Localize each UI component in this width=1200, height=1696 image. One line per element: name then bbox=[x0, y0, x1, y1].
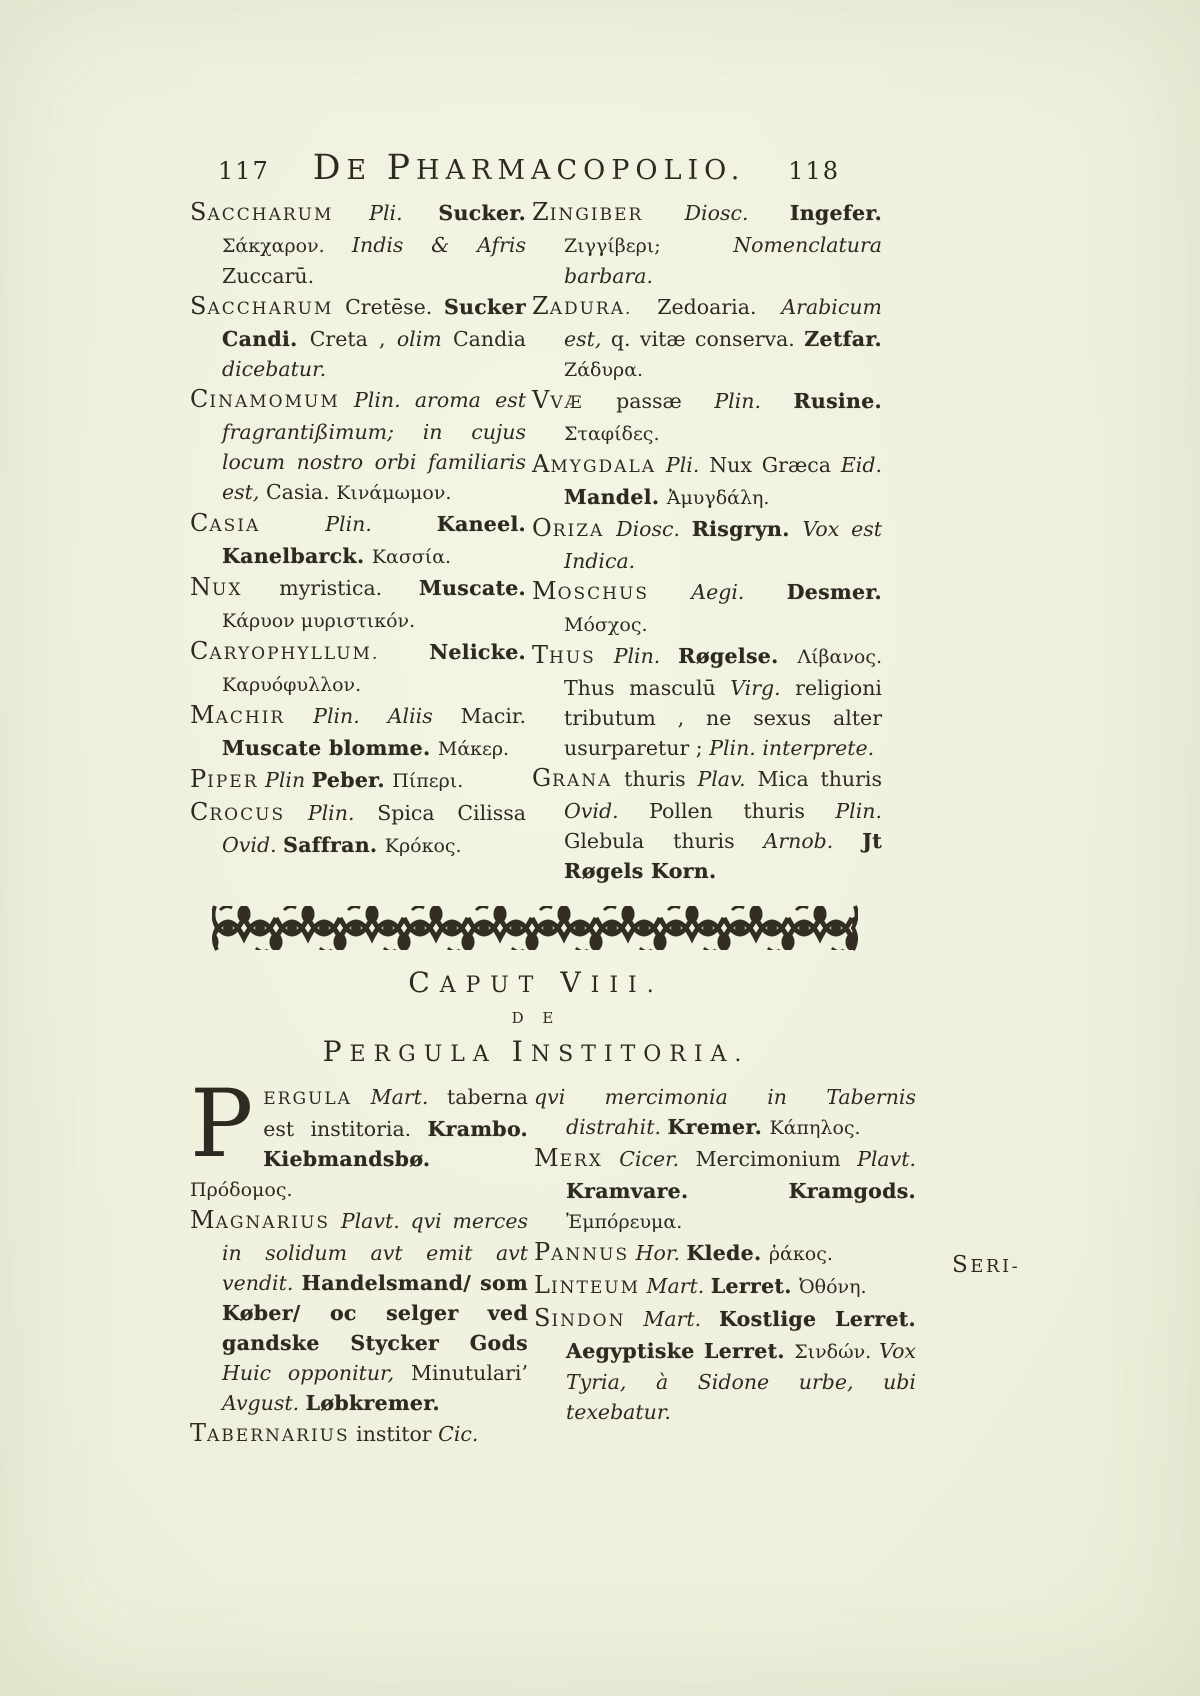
text-run-bl: Lerret. bbox=[711, 1274, 799, 1298]
text-run-hw: Casia bbox=[190, 516, 260, 536]
text-run-gr: Κάρυον μυριστικόν. bbox=[222, 610, 415, 632]
headword-initial: M bbox=[532, 577, 558, 605]
text-run-rm: Nux Græca bbox=[709, 453, 841, 477]
text-run-rm: Candia bbox=[453, 327, 526, 351]
text-run-rm: Zedoaria. bbox=[632, 295, 781, 319]
column-right: qvi mercimonia in Tabernis distrahit. Kr… bbox=[534, 1082, 916, 1451]
headword-initial: O bbox=[532, 514, 553, 542]
text-run-bl: Risgryn. bbox=[692, 517, 803, 541]
column-left: Saccharum Pli. Sucker. Σάκχαρον. Indis &… bbox=[190, 197, 526, 886]
text-run-it: Plin. interprete. bbox=[709, 736, 874, 760]
running-title: De Pharmacopolio. bbox=[313, 148, 746, 188]
text-run-hw: Merx bbox=[534, 1151, 603, 1171]
text-run-it: Plin. Aliis bbox=[285, 704, 460, 728]
text-run-hw: Machir bbox=[190, 708, 285, 728]
text-run-bl: Saffran. bbox=[283, 833, 385, 857]
page-number-left: 117 bbox=[218, 157, 270, 185]
text-run-it: Cic. bbox=[438, 1422, 478, 1446]
text-run-bl: Sucker. bbox=[438, 201, 526, 225]
headword-initial: T bbox=[190, 1419, 207, 1447]
text-run-gr: Ζάδυρα. bbox=[564, 359, 643, 381]
text-run-gr: Ἐμπόρευμα. bbox=[566, 1211, 682, 1233]
dictionary-entry: Moschus Aegi. Desmer. Μόσχος. bbox=[532, 576, 882, 640]
text-run-bl: Kremer. bbox=[668, 1115, 770, 1139]
dictionary-entry: Magnarius Plavt. qvi merces in solidum a… bbox=[190, 1205, 528, 1418]
text-run-hw: Linteum bbox=[534, 1278, 640, 1298]
text-run-gr: Σινδών. bbox=[794, 1341, 879, 1363]
text-run-bl: Ingefer. bbox=[790, 201, 882, 225]
headword-initial: Z bbox=[532, 198, 550, 226]
dictionary-entry: Cinamomum Plin. aroma est fragrantißimum… bbox=[190, 384, 526, 508]
text-run-rm: Thus masculū bbox=[564, 676, 730, 700]
large-initial: I bbox=[512, 1035, 531, 1068]
dictionary-entry: Saccharum Pli. Sucker. Σάκχαρον. Indis &… bbox=[190, 197, 526, 291]
text-run-gr: Σταφίδες. bbox=[564, 423, 660, 445]
headword-initial: S bbox=[534, 1304, 551, 1332]
text-block: 117 De Pharmacopolio. 118 Saccharum Pli.… bbox=[190, 148, 882, 1451]
text-run-bl: Nelicke. bbox=[379, 640, 526, 664]
headword-initial: L bbox=[534, 1271, 551, 1299]
text-run-hw: Zadura. bbox=[532, 299, 632, 319]
text-run-gr: Λίβανος. bbox=[797, 646, 882, 668]
text-run-it: Plin. bbox=[596, 644, 678, 668]
text-run-it: Plin. bbox=[260, 512, 437, 536]
dictionary-entry: Merx Cicer. Mercimonium Plavt. Kramvare.… bbox=[534, 1143, 916, 1237]
text-run-it: Mart. bbox=[640, 1274, 711, 1298]
text-run-rm: myristica. bbox=[242, 576, 419, 600]
text-run-hw: Tabernarius bbox=[190, 1426, 350, 1446]
dictionary-entry: Oriza Diosc. Risgryn. Vox est Indica. bbox=[532, 513, 882, 576]
text-run-it: Avgust. bbox=[222, 1391, 306, 1415]
dictionary-entry: Saccharum Cretēse. Sucker Candi. Creta ,… bbox=[190, 291, 526, 384]
headword-initial: C bbox=[190, 385, 209, 413]
dictionary-entry: Amygdala Pli. Nux Græca Eid. Mandel. Ἀμυ… bbox=[532, 449, 882, 513]
text-run-gr: Σάκχαρον. bbox=[222, 235, 352, 257]
text-run-rm: institor bbox=[350, 1422, 439, 1446]
text-run-rm: Cretēse. bbox=[333, 295, 444, 319]
headword-initial: P bbox=[190, 765, 207, 793]
dictionary-entry: Crocus Plin. Spica Cilissa Ovid. Saffran… bbox=[190, 797, 526, 861]
running-header: 117 De Pharmacopolio. 118 bbox=[190, 148, 882, 188]
dictionary-entry: Piper Plin Peber. Πίπερι. bbox=[190, 764, 526, 797]
large-initial: S bbox=[952, 1252, 970, 1278]
text-run-it: Plin. bbox=[835, 799, 882, 823]
text-run-bl: Desmer. bbox=[787, 580, 882, 604]
headword-initial: N bbox=[190, 573, 212, 601]
large-initial: P bbox=[387, 148, 416, 188]
dictionary-entry: Casia Plin. Kaneel. Kanelbarck. Κασσία. bbox=[190, 508, 526, 572]
text-run-gr: Ἀμυγδάλη. bbox=[667, 487, 770, 509]
text-run-it: Indis & Afris bbox=[352, 233, 526, 257]
headword-initial: G bbox=[532, 764, 552, 792]
text-run-hw: Saccharum bbox=[190, 205, 333, 225]
text-run-hw: Amygdala bbox=[532, 457, 656, 477]
headword-initial: C bbox=[190, 637, 209, 665]
text-run-hw: Grana bbox=[532, 771, 612, 791]
dictionary-entry: Nux myristica. Muscate. Κάρυον μυριστικό… bbox=[190, 572, 526, 636]
text-run-rm: q. vitæ conserva. bbox=[611, 327, 804, 351]
floral-woodcut-band-icon bbox=[212, 904, 858, 952]
text-run-gr: Κάπηλος. bbox=[770, 1117, 861, 1139]
dictionary-entry: Pergula Mart. taberna est institoria. Kr… bbox=[190, 1082, 528, 1205]
text-run-it: Plavt. bbox=[857, 1147, 916, 1171]
text-run-hw: Vvæ bbox=[532, 393, 584, 413]
text-run-it: Huic opponitur, bbox=[222, 1361, 411, 1385]
headword-initial: A bbox=[532, 450, 550, 478]
text-run-hw: Pannus bbox=[534, 1245, 629, 1265]
text-run-rm: Spica Cilissa bbox=[377, 801, 526, 825]
text-run-rm: Pollen thuris bbox=[649, 799, 835, 823]
dictionary-entry: Vvæ passæ Plin. Rusine. Σταφίδες. bbox=[532, 385, 882, 449]
text-run-rm: Macir. bbox=[461, 704, 526, 728]
headword-initial: M bbox=[190, 701, 216, 729]
text-run-bl: Røgelse. bbox=[678, 644, 797, 668]
text-run-it: Arnob. bbox=[764, 829, 863, 853]
large-initial: C bbox=[408, 966, 440, 999]
headword-initial: V bbox=[532, 386, 550, 414]
text-run-it: olim bbox=[397, 327, 453, 351]
text-run-gr: Κασσία. bbox=[372, 546, 451, 568]
page-number-right: 118 bbox=[788, 157, 840, 185]
text-run-it: Diosc. bbox=[604, 517, 692, 541]
text-run-bl: Kramvare. Kramgods. bbox=[566, 1179, 916, 1203]
headword-initial: Z bbox=[532, 292, 550, 320]
text-run-bl: Zetfar. bbox=[804, 327, 882, 351]
text-run-it: Pli. bbox=[656, 453, 709, 477]
text-run-it: Ovid. bbox=[564, 799, 649, 823]
column-left: Pergula Mart. taberna est institoria. Kr… bbox=[190, 1082, 528, 1451]
dictionary-entry: qvi mercimonia in Tabernis distrahit. Kr… bbox=[534, 1082, 916, 1143]
text-run-rm: Minutulari’ bbox=[411, 1361, 528, 1385]
text-run-it: Mart. bbox=[352, 1085, 447, 1109]
text-run-it: dicebatur. bbox=[222, 357, 326, 381]
text-run-gr: Ὀθόνη. bbox=[799, 1276, 866, 1298]
dictionary-entry: Thus Plin. Røgelse. Λίβανος. Thus mascul… bbox=[532, 640, 882, 763]
text-run-gr: Κινάμωμον. bbox=[336, 482, 451, 504]
text-run-bl: Muscate blomme. bbox=[222, 736, 438, 760]
text-run-rm: thuris bbox=[612, 767, 697, 791]
lexicon-columns-top: Saccharum Pli. Sucker. Σάκχαρον. Indis &… bbox=[190, 197, 882, 886]
text-run-hw: Nux bbox=[190, 580, 242, 600]
text-run-hw: Caryophyllum. bbox=[190, 644, 379, 664]
text-run-bl: Muscate. bbox=[419, 576, 526, 600]
text-run-it: Plin bbox=[259, 768, 312, 792]
catchword: Seri- bbox=[952, 1252, 1020, 1278]
text-run-it: Cicer. bbox=[603, 1147, 696, 1171]
text-run-gr: Μάκερ. bbox=[438, 738, 509, 760]
chapter-de-heading: D E bbox=[190, 1009, 882, 1027]
text-run-rm: Mica thuris bbox=[757, 767, 882, 791]
text-run-rm: Creta , bbox=[310, 327, 397, 351]
text-run-rm: Glebula thuris bbox=[564, 829, 764, 853]
text-run-it: Pli. bbox=[333, 201, 438, 225]
text-run-hw: Saccharum bbox=[190, 299, 333, 319]
text-run-it: Diosc. bbox=[643, 201, 790, 225]
headword-initial: P bbox=[534, 1238, 551, 1266]
chapter-number-heading: Caput VIII. bbox=[190, 966, 882, 999]
text-run-hw: Sindon bbox=[534, 1311, 626, 1331]
dictionary-entry: Machir Plin. Aliis Macir. Muscate blomme… bbox=[190, 700, 526, 764]
text-run-hw: Zingiber bbox=[532, 205, 643, 225]
text-run-hw: Oriza bbox=[532, 521, 604, 541]
text-run-hw: Piper bbox=[190, 772, 259, 792]
dictionary-entry: Linteum Mart. Lerret. Ὀθόνη. bbox=[534, 1270, 916, 1303]
large-initial: V bbox=[560, 966, 590, 999]
text-run-cp: ergula bbox=[263, 1089, 352, 1109]
ornament-band bbox=[212, 904, 858, 952]
text-run-it: Aegi. bbox=[649, 580, 787, 604]
dictionary-entry: Sindon Mart. Kostlige Lerret. Aegyptiske… bbox=[534, 1303, 916, 1427]
drop-cap: P bbox=[190, 1082, 263, 1162]
text-run-gr: Μόσχος. bbox=[564, 614, 648, 636]
text-run-gr: Πίπερι. bbox=[392, 770, 463, 792]
headword-initial: C bbox=[190, 798, 209, 826]
text-run-hw: Crocus bbox=[190, 805, 285, 825]
large-initial: P bbox=[323, 1035, 350, 1068]
text-run-bl: Peber. bbox=[312, 768, 393, 792]
text-run-rm: passæ bbox=[584, 389, 715, 413]
text-run-it: Mart. bbox=[626, 1307, 720, 1331]
dictionary-entry: Grana thuris Plav. Mica thuris Ovid. Pol… bbox=[532, 763, 882, 886]
text-run-it: Eid. bbox=[841, 453, 882, 477]
text-run-hw: Cinamomum bbox=[190, 392, 340, 412]
text-run-bl: Mandel. bbox=[564, 485, 667, 509]
dictionary-entry: Zingiber Diosc. Ingefer. Ζιγγίβερι; Nome… bbox=[532, 197, 882, 291]
headword-initial: M bbox=[534, 1144, 560, 1172]
text-run-gr: Ζιγγίβερι; bbox=[564, 235, 733, 257]
column-right: Zingiber Diosc. Ingefer. Ζιγγίβερι; Nome… bbox=[532, 197, 882, 886]
headword-initial: S bbox=[190, 198, 207, 226]
large-initial: D bbox=[313, 148, 347, 188]
text-run-gr: ῥάκος. bbox=[769, 1243, 833, 1265]
text-run-it: Hor. bbox=[629, 1241, 686, 1265]
text-run-hw: Thus bbox=[532, 648, 596, 668]
chapter-title-heading: Pergula Institoria. bbox=[190, 1035, 882, 1068]
text-run-gr: Καρυόφυλλον. bbox=[222, 674, 361, 696]
text-run-gr: Κρόκος. bbox=[385, 835, 462, 857]
headword-initial: C bbox=[190, 509, 209, 537]
text-run-bl: Løbkremer. bbox=[306, 1391, 440, 1415]
text-run-it: Plin. bbox=[285, 801, 377, 825]
text-run-bl: Klede. bbox=[686, 1241, 768, 1265]
headword-initial: S bbox=[190, 292, 207, 320]
dictionary-entry: Tabernarius institor Cic. bbox=[190, 1418, 528, 1451]
text-run-rm: Zuccarū. bbox=[222, 264, 314, 288]
text-run-it: Plin. bbox=[714, 389, 793, 413]
headword-initial: T bbox=[532, 641, 549, 669]
text-run-bl: Rusine. bbox=[794, 389, 882, 413]
text-run-it: Ovid. bbox=[222, 833, 283, 857]
text-run-rm: Mercimonium bbox=[696, 1147, 858, 1171]
text-run-it: Plav. bbox=[697, 767, 757, 791]
text-run-hw: Magnarius bbox=[190, 1213, 330, 1233]
text-run-gr: Πρόδομος. bbox=[190, 1179, 293, 1201]
book-page-scan: 117 De Pharmacopolio. 118 Saccharum Pli.… bbox=[0, 0, 1200, 1696]
text-run-hw: Moschus bbox=[532, 584, 649, 604]
headword-initial: M bbox=[190, 1206, 216, 1234]
dictionary-entry: Zadura. Zedoaria. Arabicum est, q. vitæ … bbox=[532, 291, 882, 385]
dictionary-entry: Caryophyllum. Nelicke. Καρυόφυλλον. bbox=[190, 636, 526, 700]
dictionary-entry: Pannus Hor. Klede. ῥάκος. bbox=[534, 1237, 916, 1270]
text-run-rm: Casia. bbox=[266, 480, 336, 504]
lexicon-columns-bottom: Pergula Mart. taberna est institoria. Kr… bbox=[190, 1082, 882, 1451]
text-run-it: Virg. bbox=[730, 676, 795, 700]
